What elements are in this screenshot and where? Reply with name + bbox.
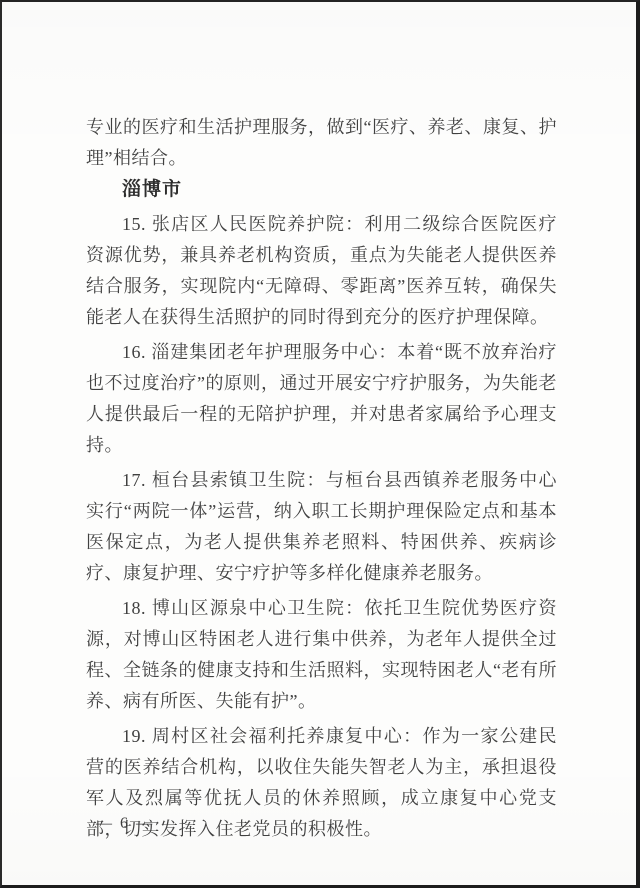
entry-paragraph-16: 16. 淄建集团老年护理服务中心：本着“既不放弃治疗也不过度治疗”的原则，通过开… [86,337,557,461]
document-page: 专业的医疗和生活护理服务，做到“医疗、养老、康复、护理”相结合。 淄博市 15.… [0,0,640,888]
entry-paragraph-19: 19. 周村区社会福利托养康复中心：作为一家公建民营的医养结合机构，以收住失能失… [86,721,557,845]
section-heading-zibo: 淄博市 [86,174,557,205]
entry-paragraph-18: 18. 博山区源泉中心卫生院：依托卫生院优势医疗资源，对博山区特困老人进行集中供… [86,593,557,717]
document-body: 专业的医疗和生活护理服务，做到“医疗、养老、康复、护理”相结合。 淄博市 15.… [86,112,557,845]
page-number: — 6 — [96,813,154,835]
entry-paragraph-17: 17. 桓台县索镇卫生院：与桓台县西镇养老服务中心实行“两院一体”运营，纳入职工… [86,465,557,589]
entry-paragraph-15: 15. 张店区人民医院养护院：利用二级综合医院医疗资源优势，兼具养老机构资质，重… [86,209,557,333]
continuation-paragraph: 专业的医疗和生活护理服务，做到“医疗、养老、康复、护理”相结合。 [86,112,557,174]
